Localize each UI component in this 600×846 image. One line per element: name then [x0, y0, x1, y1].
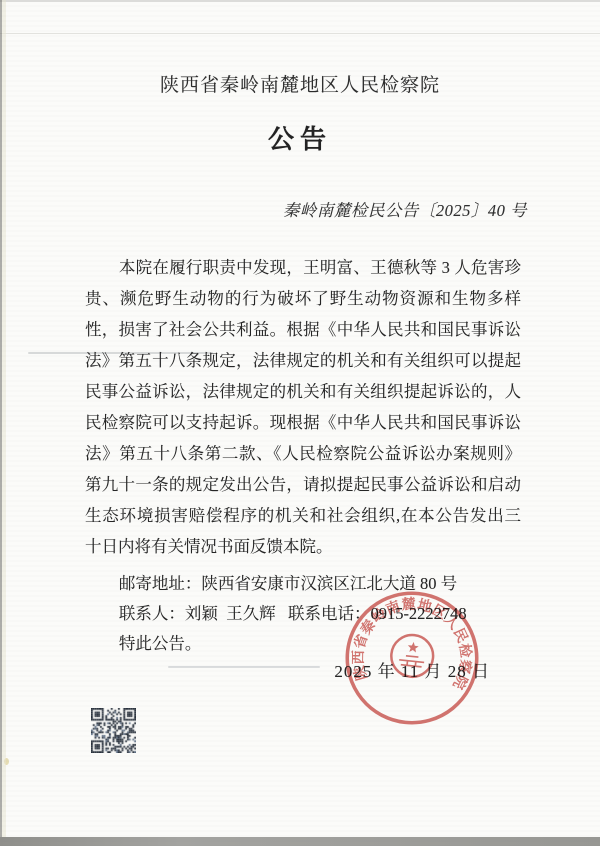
body-paragraph: 本院在履行职责中发现，王明富、王德秋等 3 人危害珍贵、濒危野生动物的行为破坏了…: [85, 252, 521, 562]
body-line: 民事公益诉讼，法律规定的机关和有关组织提起诉讼的，人: [85, 376, 521, 407]
national-emblem-icon: [389, 633, 435, 679]
seal-text: 陕西省秦岭南麓地区人民检察院: [347, 589, 481, 694]
scanned-notice-page: 陕西省秦岭南麓地区人民检察院 公告 秦岭南麓检民公告〔2025〕40 号 本院在…: [0, 0, 600, 846]
body-line: 第九十一条的规定发出公告，请拟提起民事公益诉讼和启动: [85, 469, 521, 500]
doc-number: 秦岭南麓检民公告〔2025〕40 号: [283, 197, 527, 221]
body-line: 法》第五十八条规定，法律规定的机关和有关组织可以提起: [85, 345, 521, 376]
page-title: 公告: [0, 119, 600, 156]
body-line: 十日内将有关情况书面反馈本院。: [85, 531, 521, 562]
scan-edge-left-tint: [2, 0, 6, 846]
body-line: 性，损害了社会公共利益。根据《中华人民共和国民事诉讼: [85, 314, 521, 345]
body-line: 法》第五十八条第二款、《人民检察院公益诉讼办案规则》: [85, 438, 521, 469]
org-title: 陕西省秦岭南麓地区人民检察院: [0, 70, 600, 97]
scan-crease-line: [0, 33, 600, 34]
scan-edge-top: [0, 0, 600, 2]
qr-code: [91, 708, 136, 753]
svg-text:陕西省秦岭南麓地区人民检察院: 陕西省秦岭南麓地区人民检察院: [347, 589, 481, 694]
scan-edge-bottom: [0, 837, 600, 846]
body-line: 贵、濒危野生动物的行为破坏了野生动物资源和生物多样: [85, 283, 521, 314]
official-seal: 陕西省秦岭南麓地区人民检察院: [334, 580, 490, 736]
body-line: 本院在履行职责中发现，王明富、王德秋等 3 人危害珍: [85, 252, 521, 283]
body-line: 生态环境损害赔偿程序的机关和社会组织,在本公告发出三: [85, 500, 521, 531]
scan-crease-line: [168, 666, 320, 668]
body-line: 民检察院可以支持起诉。现根据《中华人民共和国民事诉讼: [85, 407, 521, 438]
